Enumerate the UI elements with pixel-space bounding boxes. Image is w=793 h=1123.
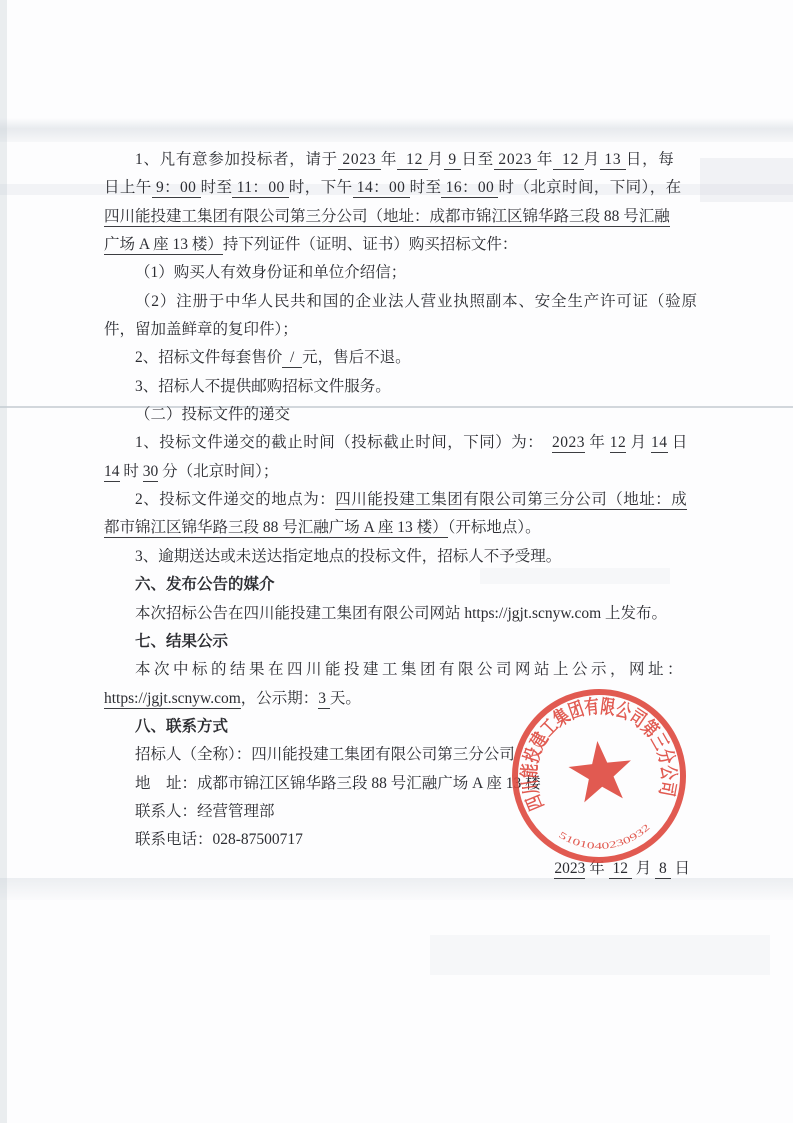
underlined-fill-value: 16：00 bbox=[441, 179, 498, 198]
underlined-fill-value: 3 bbox=[318, 690, 330, 709]
text-segment: 招标人（全称）：四川能投建工集团有限公司第三分公司 bbox=[135, 746, 515, 763]
scan-noise-band bbox=[700, 158, 793, 202]
text-segment: 时（北京时间，下同），在 bbox=[498, 179, 681, 196]
text-segment: 元，售后不退。 bbox=[302, 349, 411, 366]
text-line: 1、投标文件递交的截止时间（投标截止时间，下同）为： 2023 年 12 月 1… bbox=[104, 429, 690, 457]
underlined-fill-value: 14：00 bbox=[353, 179, 410, 198]
underlined-fill-value: 12 bbox=[610, 434, 627, 453]
tender-notice-page: 1、凡有意参加投标者，请于 2023 年 12 月 9 日至 2023 年 12… bbox=[0, 0, 793, 1123]
text-segment: 联系人：经营管理部 bbox=[135, 803, 275, 820]
underlined-fill-value: 广场 A 座 13 楼） bbox=[104, 236, 223, 255]
text-line: 六、发布公告的媒介 bbox=[104, 571, 690, 599]
underlined-fill-value: 四川能投建工集团有限公司第三分公司（地址：成 bbox=[335, 491, 687, 510]
text-segment: 2、投标文件递交的地点为： bbox=[135, 491, 335, 508]
text-line: 2、招标文件每套售价 / 元，售后不退。 bbox=[104, 344, 690, 372]
text-segment: 时至 bbox=[410, 179, 442, 196]
text-segment: 件，留加盖鲜章的复印件）； bbox=[104, 321, 298, 338]
text-segment: 日上午 bbox=[104, 179, 152, 196]
scan-noise-band bbox=[0, 118, 793, 142]
text-line: 14 时 30 分（北京时间）； bbox=[104, 458, 690, 486]
text-segment: （1）购买人有效身份证和单位介绍信； bbox=[135, 264, 406, 281]
text-segment: 时至 bbox=[201, 179, 233, 196]
text-line: （二）投标文件的递交 bbox=[104, 401, 690, 429]
star-icon bbox=[566, 738, 635, 804]
text-line: 件，留加盖鲜章的复印件）； bbox=[104, 316, 690, 344]
text-segment: 时 bbox=[120, 463, 143, 480]
underlined-fill-value: 2023 bbox=[494, 151, 537, 170]
underlined-fill-value: 30 bbox=[143, 463, 159, 482]
text-segment: 3、逾期送达或未送达指定地点的投标文件，招标人不予受理。 bbox=[135, 548, 561, 565]
text-segment: 2、招标文件每套售价 bbox=[135, 349, 282, 366]
underlined-fill-value: https://jgjt.scnyw.com bbox=[104, 690, 241, 709]
underlined-fill-value: 12 bbox=[553, 151, 584, 170]
text-line: 1、凡有意参加投标者，请于 2023 年 12 月 9 日至 2023 年 12… bbox=[104, 146, 690, 174]
text-segment: 八、联系方式 bbox=[135, 718, 228, 735]
text-segment: 持下列证件（证明、证书）购买招标文件： bbox=[223, 236, 518, 253]
underlined-fill-value: 9 bbox=[444, 151, 462, 170]
text-line: （1）购买人有效身份证和单位介绍信； bbox=[104, 259, 690, 287]
text-segment: 联系电话：028-87500717 bbox=[135, 831, 303, 848]
text-line: 广场 A 座 13 楼）持下列证件（证明、证书）购买招标文件： bbox=[104, 231, 690, 259]
text-segment: 六、发布公告的媒介 bbox=[135, 576, 275, 593]
text-line: 3、招标人不提供邮购招标文件服务。 bbox=[104, 373, 690, 401]
text-segment: 月 bbox=[428, 151, 444, 168]
text-line: 都市锦江区锦华路三段 88 号汇融广场 A 座 13 楼）（开标地点）。 bbox=[104, 514, 690, 542]
underlined-fill-value: 12 bbox=[397, 151, 428, 170]
text-line: （2）注册于中华人民共和国的企业法人营业执照副本、安全生产许可证（验原 bbox=[104, 288, 690, 316]
underlined-fill-value: 14 bbox=[651, 434, 668, 453]
text-segment: ，公示期： bbox=[241, 690, 319, 707]
text-line: 3、逾期送达或未送达指定地点的投标文件，招标人不予受理。 bbox=[104, 543, 690, 571]
text-segment: 本次招标公告在四川能投建工集团有限公司网站 https://jgjt.scnyw… bbox=[135, 605, 667, 622]
underlined-fill-value: 14 bbox=[104, 463, 120, 482]
text-segment: 3、招标人不提供邮购招标文件服务。 bbox=[135, 378, 391, 395]
text-line: 四川能投建工集团有限公司第三分公司（地址：成都市锦江区锦华路三段 88 号汇融 bbox=[104, 203, 690, 231]
underlined-fill-value: / bbox=[282, 349, 302, 368]
underlined-fill-value: 11：00 bbox=[232, 179, 288, 198]
text-line: 日上午 9：00 时至 11：00 时，下午 14：00 时至 16：00 时（… bbox=[104, 174, 690, 202]
text-segment: （2）注册于中华人民共和国的企业法人营业执照副本、安全生产许可证（验原 bbox=[135, 293, 698, 310]
text-segment: 地 址：成都市锦江区锦华路三段 88 号汇融广场 A 座 13 楼 bbox=[135, 775, 541, 792]
text-segment: 年 bbox=[381, 151, 397, 168]
text-segment: 年 bbox=[537, 151, 553, 168]
text-segment: 1、凡有意参加投标者，请于 bbox=[135, 151, 338, 168]
text-segment: 日 bbox=[668, 434, 688, 451]
text-segment: 时，下午 bbox=[289, 179, 353, 196]
scan-noise-band bbox=[430, 935, 770, 975]
text-segment: 天。 bbox=[330, 690, 361, 707]
text-segment: 1、投标文件递交的截止时间（投标截止时间，下同）为： bbox=[135, 434, 543, 451]
text-line: 七、结果公示 bbox=[104, 628, 690, 656]
underlined-fill-value: 2023 bbox=[338, 151, 381, 170]
underlined-fill-value: 2023 bbox=[552, 434, 585, 453]
underlined-fill-value: 9：00 bbox=[152, 179, 201, 198]
text-line: 2、投标文件递交的地点为：四川能投建工集团有限公司第三分公司（地址：成 bbox=[104, 486, 690, 514]
text-segment bbox=[543, 434, 552, 451]
text-segment: 年 bbox=[585, 434, 610, 451]
company-seal: 四川能投建工集团有限公司第三分公司 5101040230932 bbox=[499, 676, 699, 876]
text-segment: 日，每 bbox=[626, 151, 675, 168]
underlined-fill-value: 都市锦江区锦华路三段 88 号汇融广场 A 座 13 楼） bbox=[104, 519, 448, 538]
text-line: 本次招标公告在四川能投建工集团有限公司网站 https://jgjt.scnyw… bbox=[104, 600, 690, 628]
underlined-fill-value: 四川能投建工集团有限公司第三分公司（地址：成都市锦江区锦华路三段 88 号汇融 bbox=[104, 208, 670, 227]
text-segment: （二）投标文件的递交 bbox=[135, 406, 290, 423]
text-segment: 日至 bbox=[461, 151, 493, 168]
scan-edge-shadow bbox=[0, 0, 7, 1123]
text-segment: （开标地点）。 bbox=[448, 519, 541, 536]
text-segment: 分（北京时间）； bbox=[158, 463, 278, 480]
text-segment: 七、结果公示 bbox=[135, 633, 228, 650]
text-segment: 月 bbox=[584, 151, 600, 168]
underlined-fill-value: 13 bbox=[600, 151, 626, 170]
text-segment: 月 bbox=[626, 434, 651, 451]
